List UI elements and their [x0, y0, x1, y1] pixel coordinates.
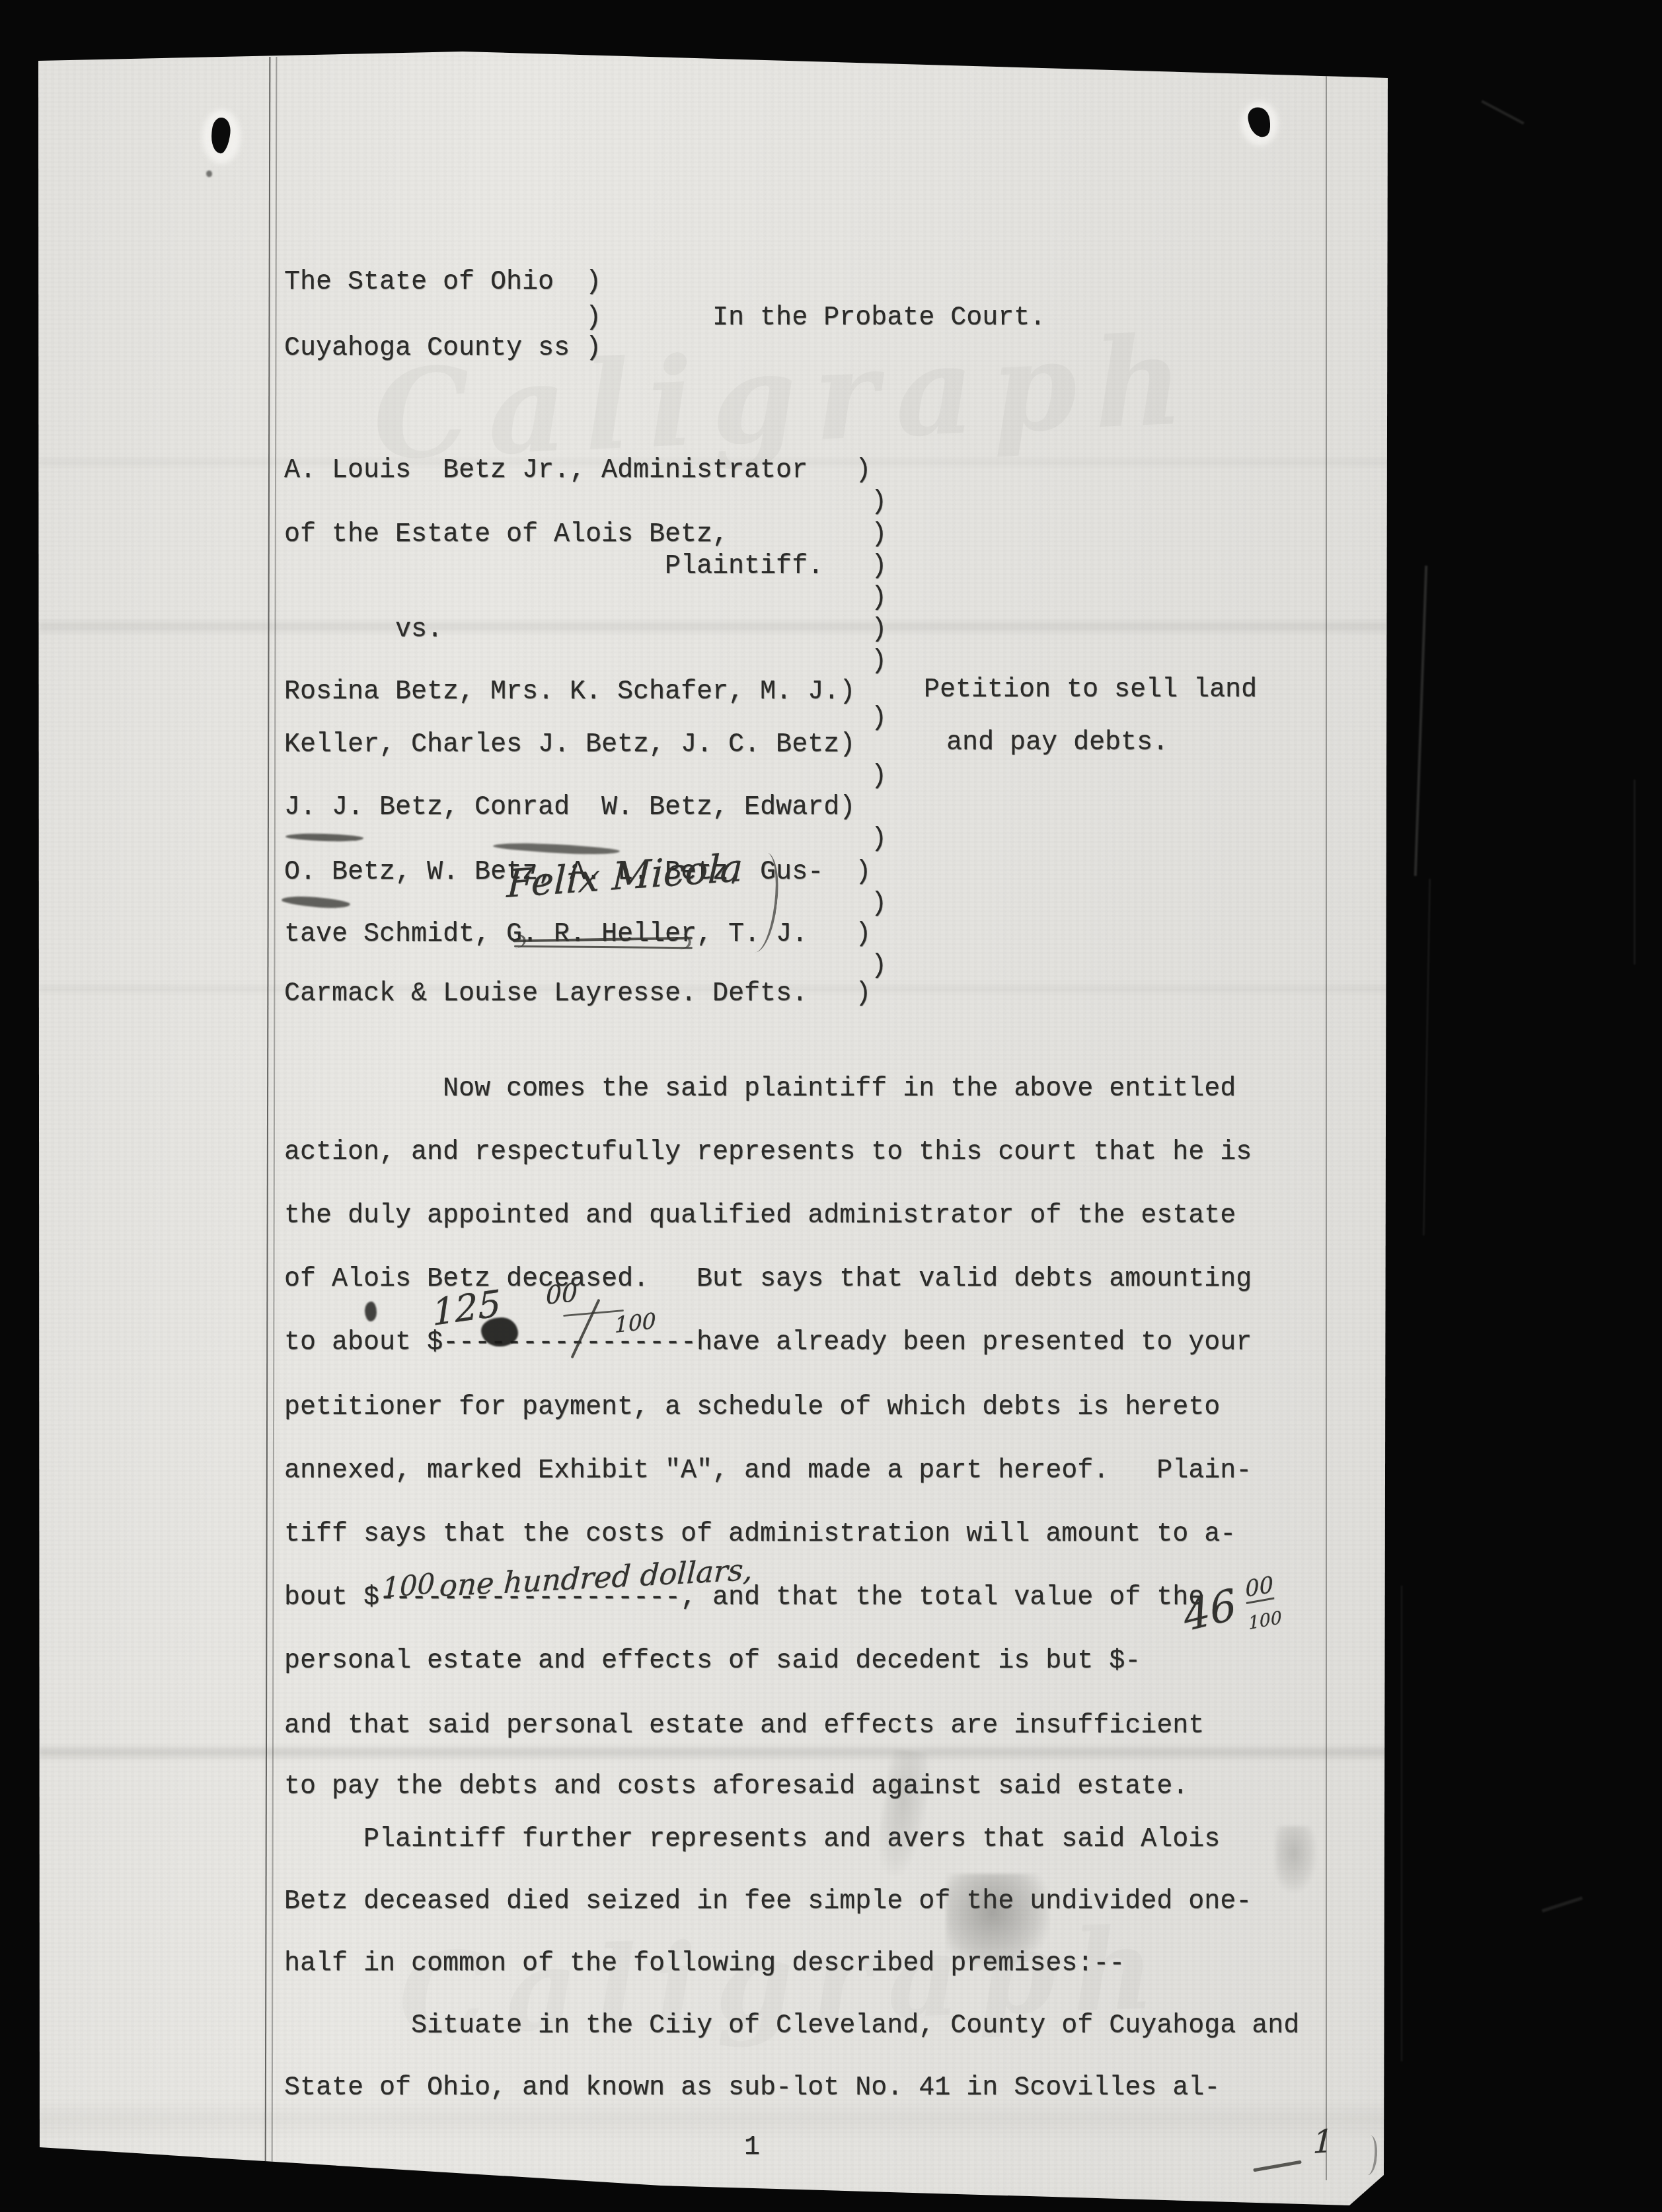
handwritten-annotation: 00	[1244, 1573, 1274, 1604]
blob-mark	[365, 1302, 377, 1321]
handwritten-annotation: 1	[1312, 2125, 1334, 2158]
handwritten-annotation: 46	[1181, 1584, 1239, 1639]
typewritten-line: Rosina Betz, Mrs. K. Schafer, M. J.)	[284, 679, 855, 706]
streak-mark	[1414, 566, 1427, 876]
band-mark	[40, 618, 1388, 636]
handwritten-annotation: Felix Micola	[506, 848, 743, 903]
typewritten-line: )	[871, 585, 887, 612]
typewritten-line: of Alois Betz deceased. But says that va…	[284, 1267, 1252, 1293]
typewritten-line: Keller, Charles J. Betz, J. C. Betz)	[284, 732, 855, 758]
typewritten-line: State of Ohio, and known as sub-lot No. …	[284, 2075, 1220, 2102]
typewritten-line: tave Schmidt, G. R. Heller, T. J. )	[284, 922, 871, 948]
handwritten-annotation: 100	[615, 1309, 656, 1336]
typewritten-line: to about $----------------have already b…	[284, 1330, 1252, 1356]
typewritten-line: to pay the debts and costs aforesaid aga…	[284, 1774, 1188, 1800]
blob-mark	[206, 170, 212, 177]
typewritten-line: )	[871, 764, 887, 790]
typewritten-line: Plaintiff. )	[284, 554, 887, 580]
scanned-document-stage: CaligraphCaligraph The State of Ohio ) )…	[0, 0, 1662, 2212]
smear-mark	[285, 832, 363, 842]
ruled-margin-line	[265, 57, 278, 2179]
typewritten-line: )	[871, 706, 887, 732]
handwritten-annotation: 00	[546, 1280, 578, 1308]
typewritten-line: Cuyahoga County ss )	[284, 336, 601, 362]
typewritten-line: of the Estate of Alois Betz, )	[284, 522, 887, 548]
band-mark	[40, 456, 1388, 469]
typewritten-line: Now comes the said plaintiff in the abov…	[284, 1076, 1236, 1103]
typewritten-line: tiff says that the costs of administrati…	[284, 1522, 1236, 1548]
streak-mark	[1542, 1896, 1583, 1913]
streak-mark	[1634, 780, 1636, 965]
band-mark	[40, 983, 1388, 995]
smear-mark	[493, 841, 620, 856]
right-edge-line	[1326, 66, 1327, 2180]
typewritten-line: annexed, marked Exhibit "A", and made a …	[284, 1458, 1252, 1485]
typewritten-line: and pay debts.	[946, 730, 1168, 756]
band-mark	[40, 2101, 1388, 2141]
band-mark	[40, 1744, 1388, 1761]
typewritten-line: )	[871, 953, 887, 980]
typewritten-line: Plaintiff further represents and avers t…	[284, 1827, 1220, 1853]
smear-mark	[282, 894, 351, 910]
typewritten-line: petitioner for payment, a schedule of wh…	[284, 1395, 1220, 1421]
typewritten-line: )	[871, 827, 887, 853]
typewritten-line: Betz deceased died seized in fee simple …	[284, 1889, 1252, 1915]
page-number: 1	[744, 2135, 760, 2161]
handwritten-annotation: 100	[382, 1570, 435, 1602]
typewritten-line: The State of Ohio )	[284, 270, 601, 296]
typewritten-line: )	[871, 891, 887, 918]
stain-mark	[1275, 1826, 1316, 1892]
handwritten-annotation: 125	[432, 1285, 502, 1331]
stain-mark	[946, 1874, 1049, 1970]
arc-mark	[1360, 2135, 1379, 2176]
typewritten-line: Petition to sell land	[924, 677, 1257, 704]
line-mark	[1253, 2160, 1302, 2172]
typewritten-line: )	[871, 490, 887, 516]
document-paper-sheet: CaligraphCaligraph The State of Ohio ) )…	[0, 0, 1662, 2212]
streak-mark	[1401, 1586, 1402, 2061]
handwritten-annotation: 100	[1248, 1609, 1283, 1633]
streak-mark	[1481, 100, 1524, 124]
typewritten-line: the duly appointed and qualified adminis…	[284, 1203, 1236, 1230]
typewritten-line: personal estate and effects of said dece…	[284, 1648, 1141, 1675]
typewritten-line: action, and respectufully represents to …	[284, 1140, 1252, 1166]
typewritten-line: and that said personal estate and effect…	[284, 1713, 1204, 1740]
stain-mark	[874, 1748, 934, 1878]
typewritten-line: J. J. Betz, Conrad W. Betz, Edward)	[284, 795, 855, 821]
typewritten-line: ) In the Probate Court.	[284, 305, 1045, 332]
streak-mark	[1423, 879, 1430, 1235]
typewritten-line: )	[871, 649, 887, 675]
typewritten-line: Situate in the Ciiy of Cleveland, County…	[284, 2013, 1299, 2040]
